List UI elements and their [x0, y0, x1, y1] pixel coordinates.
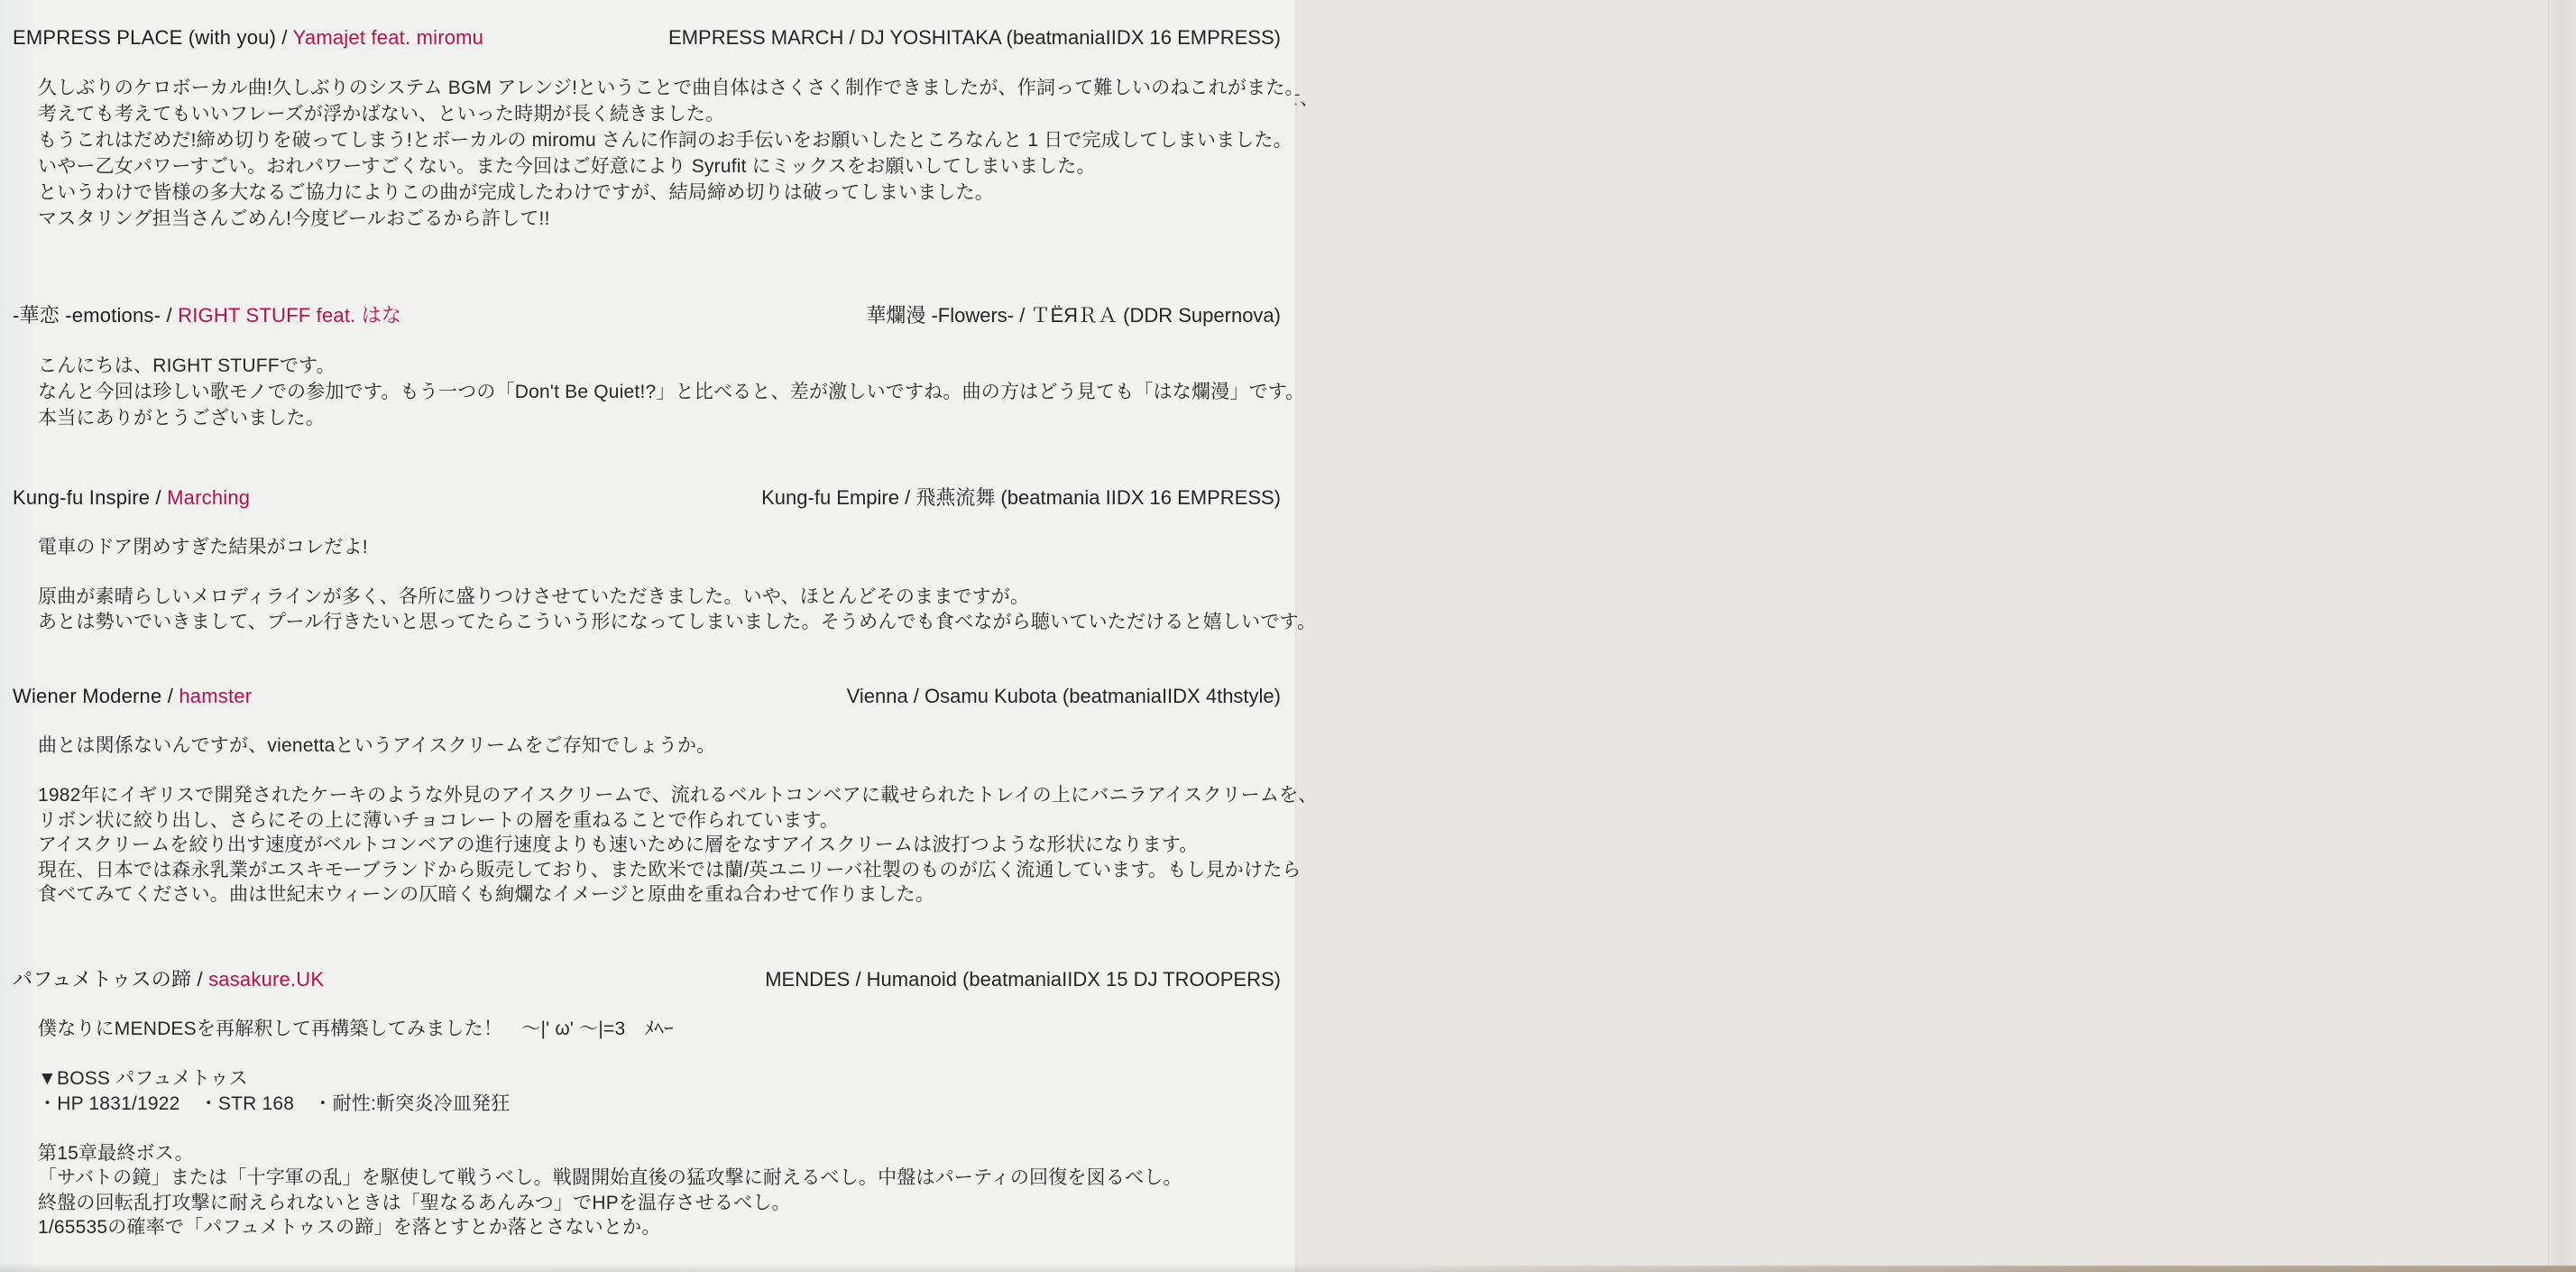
commentary-line: 「サバトの鏡」または「十字軍の乱」を駆使して戦うべし。戦闘開始直後の猛攻撃に耐え…: [38, 1166, 1281, 1191]
entry-header: パフュメトゥスの蹄 / sasakure.UK MENDES / Humanoi…: [13, 967, 1281, 992]
commentary: 曲とは関係ないんですが、vienettaというアイスクリームをご存知でしょうか。…: [13, 733, 1281, 908]
page-right-edge: [2548, 0, 2576, 1272]
commentary-line: マスタリング担当さんごめん!今度ビールおごるから許して!!: [38, 206, 1281, 232]
commentary-line: 1/65535の確率で「パフュメトゥスの蹄」を落とすとか落とさないとか。: [38, 1215, 1281, 1240]
commentary-line: [38, 759, 1281, 784]
track-title: EMPRESS PLACE (with you): [13, 26, 276, 49]
track-title-line: EMPRESS PLACE (with you) / Yamajet feat.…: [13, 25, 483, 51]
table-edge: [1403, 1266, 2576, 1272]
track-title: -華恋 -emotions-: [13, 304, 161, 327]
original-credit: EMPRESS MARCH / DJ YOSHITAKA (beatmaniaI…: [668, 25, 1281, 51]
commentary-line: 1982年にイギリスで開発されたケーキのような外見のアイスクリームで、流れるベル…: [38, 783, 1281, 808]
commentary: 久しぶりのケロボーカル曲!久しぶりのシステム BGM アレンジ!ということで曲自…: [13, 75, 1281, 232]
entry-header: Wiener Moderne / hamster Vienna / Osamu …: [13, 684, 1281, 709]
commentary-line: 考えても考えてもいいフレーズが浮かばない、といった時期が長く続きました。: [38, 101, 1281, 127]
commentary-line: こんにちは、RIGHT STUFFです。: [38, 353, 1281, 379]
commentary: こんにちは、RIGHT STUFFです。 なんと今回は珍しい歌モノでの参加です。…: [13, 353, 1281, 431]
track-title: Kung-fu Inspire: [13, 486, 150, 509]
commentary-line: [38, 1116, 1281, 1141]
commentary-line: 終盤の回転乱打攻撃に耐えられないときは「聖なるあんみつ」でHPを温存させるべし。: [38, 1191, 1281, 1216]
commentary-line: 本当にありがとうございました。: [38, 405, 1281, 431]
commentary-line: 原曲が素晴らしいメロディラインが多く、各所に盛りつけさせていただきました。いや、…: [38, 585, 1281, 610]
commentary-line: あとは勢いでいきまして、プール行きたいと思ってたらこういう形になってしまいました…: [38, 610, 1281, 635]
commentary-line: 久しぶりのケロボーカル曲!久しぶりのシステム BGM アレンジ!ということで曲自…: [38, 75, 1281, 101]
remix-artist: Marching: [167, 486, 250, 509]
commentary-line: 第15章最終ボス。: [38, 1141, 1281, 1166]
commentary-line: というわけで皆様の多大なるご協力によりこの曲が完成したわけですが、結局締め切りは…: [38, 180, 1281, 206]
title-separator: /: [161, 685, 179, 707]
track-title: パフュメトゥスの蹄: [13, 968, 191, 991]
remix-artist: RIGHT STUFF feat. はな: [178, 304, 401, 327]
title-separator: /: [191, 968, 208, 991]
commentary-line: 僕なりにMENDESを再解釈して再構築してみました！ ～|' ω' ～|=3 ﾒ…: [38, 1017, 1281, 1042]
track-entry-wiener-moderne: Wiener Moderne / hamster Vienna / Osamu …: [13, 684, 1281, 908]
commentary-line: ・HP 1831/1922 ・STR 168 ・耐性:斬突炎冷皿発狂: [38, 1092, 1281, 1117]
track-entry-empress-place: EMPRESS PLACE (with you) / Yamajet feat.…: [13, 25, 1281, 232]
original-credit: Vienna / Osamu Kubota (beatmaniaIIDX 4th…: [847, 684, 1281, 709]
title-separator: /: [161, 304, 178, 327]
remix-artist: sasakure.UK: [208, 968, 324, 991]
track-title: Wiener Moderne: [13, 685, 161, 707]
booklet-spread: Save the Queen,Knight the Queen / LOKI 女…: [0, 0, 2576, 1272]
commentary-line: リボン状に絞り出し、さらにその上に薄いチョコレートの層を重ねることで作られていま…: [38, 808, 1281, 834]
commentary-line: いやー乙女パワーすごい。おれパワーすごくない。また今回はご好意により Syruf…: [38, 153, 1281, 180]
commentary-line: 食べてみてください。曲は世紀末ウィーンの仄暗くも絢爛なイメージと原曲を重ね合わせ…: [38, 882, 1281, 908]
commentary-line: 曲とは関係ないんですが、vienettaというアイスクリームをご存知でしょうか。: [38, 733, 1281, 759]
entry-header: Kung-fu Inspire / Marching Kung-fu Empir…: [13, 485, 1281, 511]
commentary-line: 電車のドア閉めすぎた結果がコレだよ!: [38, 535, 1281, 560]
track-title-line: パフュメトゥスの蹄 / sasakure.UK: [13, 967, 324, 992]
entry-header: EMPRESS PLACE (with you) / Yamajet feat.…: [13, 25, 1281, 51]
commentary-line: [38, 1042, 1281, 1067]
track-title-line: Wiener Moderne / hamster: [13, 684, 252, 709]
track-entry-karen-emotions: -華恋 -emotions- / RIGHT STUFF feat. はな 華爛…: [13, 303, 1281, 431]
commentary: 電車のドア閉めすぎた結果がコレだよ! 原曲が素晴らしいメロディラインが多く、各所…: [13, 535, 1281, 634]
track-entry-perfumetus-hoof: パフュメトゥスの蹄 / sasakure.UK MENDES / Humanoi…: [13, 967, 1281, 1240]
commentary-line: ▼BOSS パフュメトゥス: [38, 1066, 1281, 1092]
title-separator: /: [150, 486, 167, 509]
remix-artist: Yamajet feat. miromu: [293, 26, 483, 49]
commentary-line: 現在、日本では森永乳業がエスキモーブランドから販売しており、また欧米では蘭/英ユ…: [38, 858, 1281, 883]
track-title-line: -華恋 -emotions- / RIGHT STUFF feat. はな: [13, 303, 401, 328]
entry-header: -華恋 -emotions- / RIGHT STUFF feat. はな 華爛…: [13, 303, 1281, 328]
commentary-line: もうこれはだめだ!締め切りを破ってしまう!とボーカルの miromu さんに作詞…: [38, 127, 1281, 153]
commentary: 僕なりにMENDESを再解釈して再構築してみました！ ～|' ω' ～|=3 ﾒ…: [13, 1017, 1281, 1240]
track-entry-kung-fu-inspire: Kung-fu Inspire / Marching Kung-fu Empir…: [13, 485, 1281, 634]
commentary-line: [38, 560, 1281, 585]
title-separator: /: [276, 26, 293, 49]
remix-artist: hamster: [179, 685, 252, 707]
commentary-line: なんと今回は珍しい歌モノでの参加です。もう一つの「Don't Be Quiet!…: [38, 379, 1281, 405]
original-credit: 華爛漫 -Flowers- / ＴЁЯＲＡ (DDR Supernova): [866, 303, 1281, 328]
right-page: EMPRESS PLACE (with you) / Yamajet feat.…: [0, 0, 1295, 1272]
track-title-line: Kung-fu Inspire / Marching: [13, 485, 250, 511]
original-credit: Kung-fu Empire / 飛燕流舞 (beatmania IIDX 16…: [761, 485, 1281, 511]
original-credit: MENDES / Humanoid (beatmaniaIIDX 15 DJ T…: [765, 967, 1281, 992]
commentary-line: アイスクリームを絞り出す速度がベルトコンベアの進行速度よりも速いために層をなすア…: [38, 833, 1281, 858]
